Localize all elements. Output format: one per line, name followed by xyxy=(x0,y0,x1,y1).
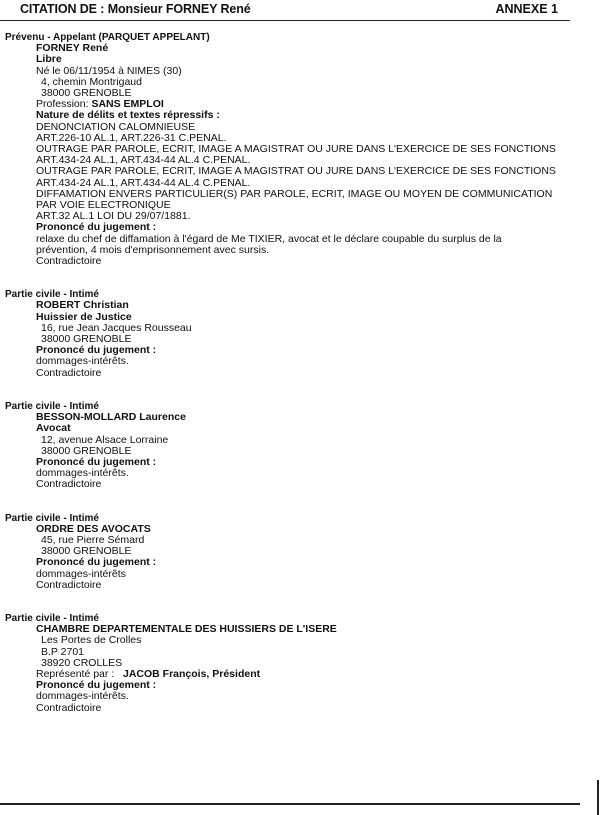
partie-address-line: Les Portes de Crolles xyxy=(5,635,565,646)
jugement-mode: Contradictoire xyxy=(5,368,565,379)
prevenu-status: Libre xyxy=(5,54,565,65)
partie-civile-besson-mollard: Partie civile - Intimé BESSON-MOLLARD La… xyxy=(5,401,565,491)
citation-title: CITATION DE : Monsieur FORNEY René xyxy=(20,4,251,15)
profession-value: SANS EMPLOI xyxy=(91,98,163,110)
jugement-mode: Contradictoire xyxy=(5,256,565,267)
partie-civile-robert: Partie civile - Intimé ROBERT Christian … xyxy=(5,289,565,379)
jugement-mode: Contradictoire xyxy=(5,580,565,591)
jugement-text: dommages-intérêts. xyxy=(5,356,565,367)
represented-value: JACOB François, Président xyxy=(123,668,260,680)
annexe-label: ANNEXE 1 xyxy=(495,4,558,15)
bottom-rule xyxy=(0,803,580,805)
partie-role: Avocat xyxy=(5,423,565,434)
jugement-label: Prononcé du jugement : xyxy=(5,222,565,233)
profession-label: Profession: xyxy=(36,98,91,110)
prevenu-name: FORNEY René xyxy=(5,43,565,54)
partie-name: ROBERT Christian xyxy=(5,300,565,311)
partie-name: BESSON-MOLLARD Laurence xyxy=(5,412,565,423)
partie-civile-chambre-huissiers: Partie civile - Intimé CHAMBRE DEPARTEME… xyxy=(5,613,565,714)
jugement-mode: Contradictoire xyxy=(5,703,565,714)
document-header: CITATION DE : Monsieur FORNEY René ANNEX… xyxy=(0,4,570,21)
jugement-label: Prononcé du jugement : xyxy=(5,557,565,568)
document-body: Prévenu - Appelant (PARQUET APPELANT) FO… xyxy=(5,32,565,714)
nature-label: Nature de délits et textes répressifs : xyxy=(5,110,565,121)
partie-civile-ordre-avocats: Partie civile - Intimé ORDRE DES AVOCATS… xyxy=(5,513,565,591)
offence-line: OUTRAGE PAR PAROLE, ECRIT, IMAGE A MAGIS… xyxy=(5,166,565,177)
jugement-mode: Contradictoire xyxy=(5,479,565,490)
jugement-text: relaxe du chef de diffamation à l'égard … xyxy=(5,234,565,256)
jugement-text: dommages-intérêts. xyxy=(5,691,565,702)
prevenu-section: Prévenu - Appelant (PARQUET APPELANT) FO… xyxy=(5,32,565,267)
page-edge-mark xyxy=(597,780,599,815)
represented-label: Représenté par : xyxy=(36,668,114,680)
